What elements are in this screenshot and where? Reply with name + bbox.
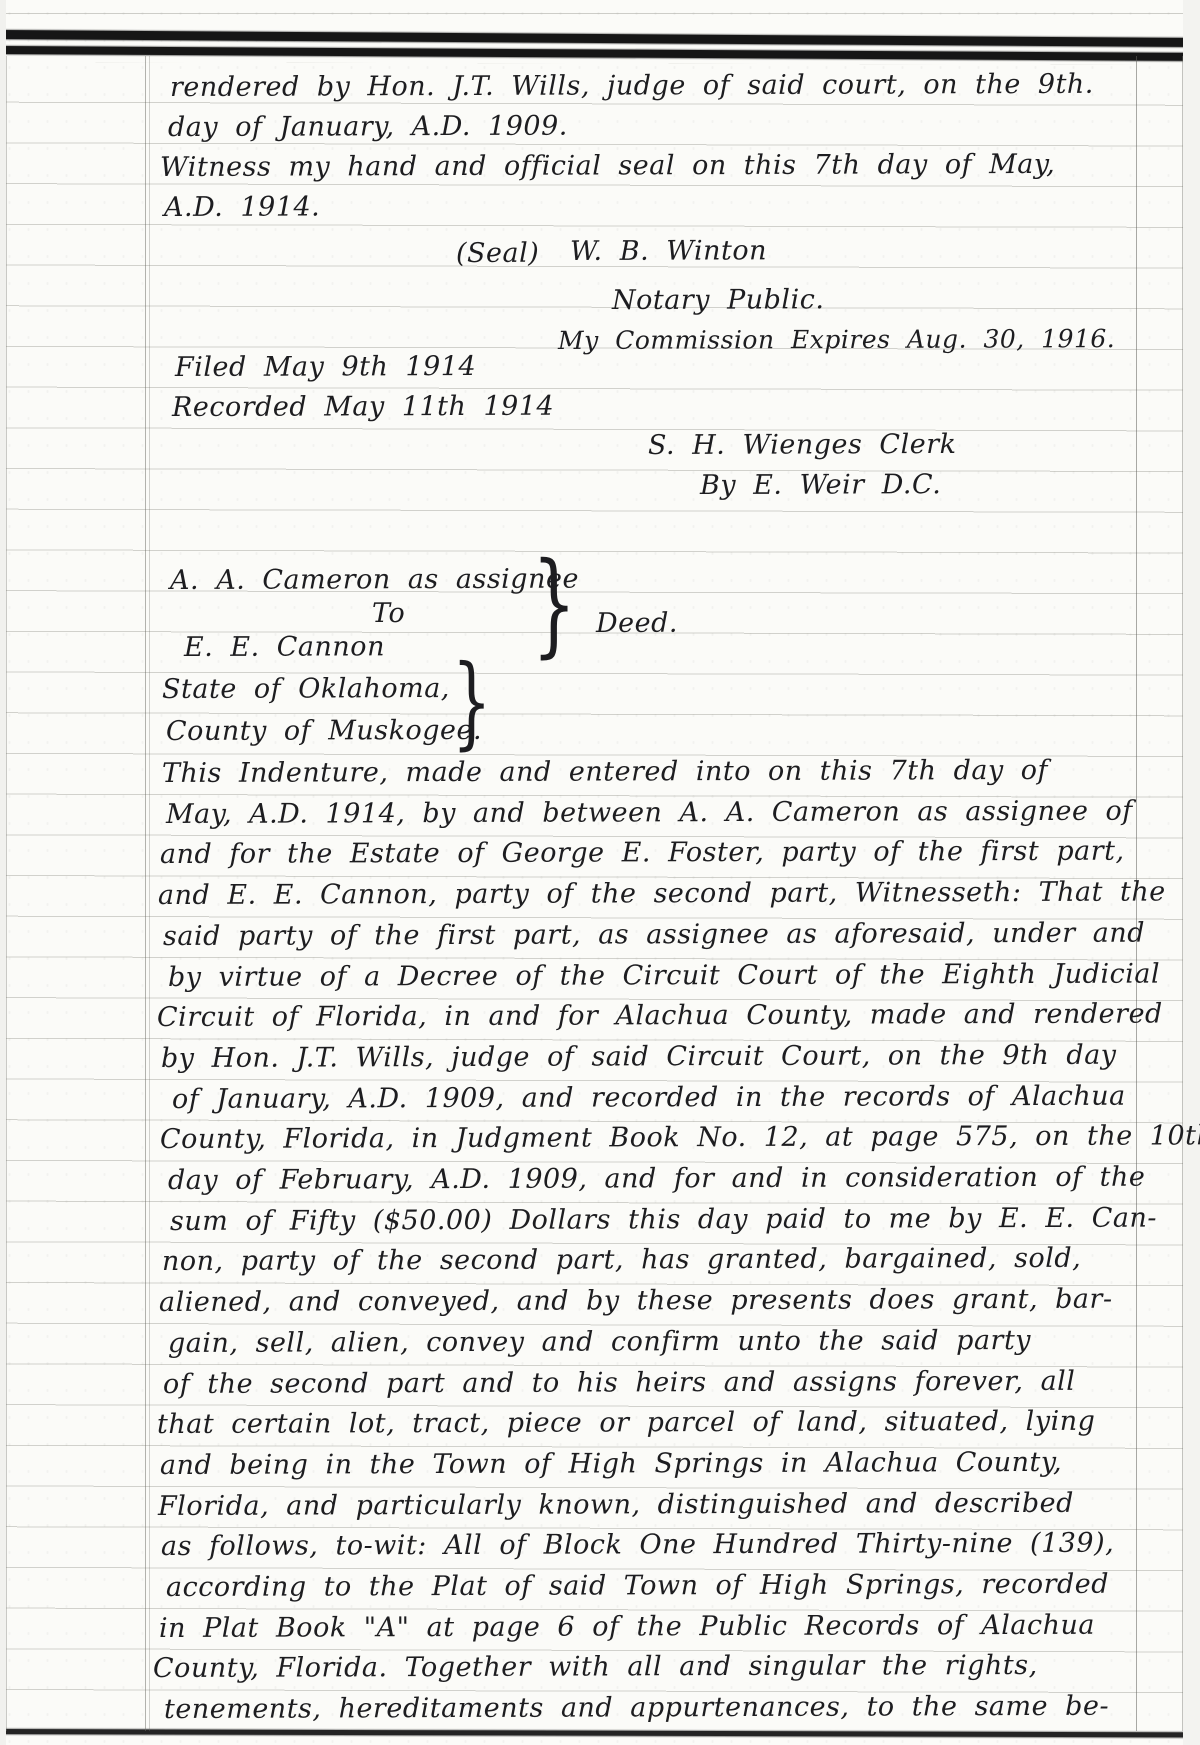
notary-line-4: A.D. 1914.	[164, 191, 320, 224]
body-line: and being in the Town of High Springs in…	[160, 1447, 1062, 1482]
body-line: by virtue of a Decree of the Circuit Cou…	[168, 959, 1160, 994]
deputy-clerk-signature: By E. Weir D.C.	[700, 469, 941, 502]
venue-state-line: State of Oklahoma,	[162, 673, 450, 706]
caption-to: To	[372, 598, 405, 630]
clerk-signature: S. H. Wienges Clerk	[648, 429, 957, 462]
body-line: gain, sell, alien, convey and confirm un…	[168, 1325, 1031, 1360]
left-margin-line-2	[149, 56, 150, 1731]
body-line: Circuit of Florida, in and for Alachua C…	[157, 998, 1163, 1034]
body-line: Florida, and particularly known, disting…	[158, 1488, 1074, 1523]
seal-label: (Seal)	[456, 238, 539, 270]
caption-grantor: A. A. Cameron as assignee	[170, 564, 579, 597]
notary-line-1: rendered by Hon. J.T. Wills, judge of sa…	[170, 69, 1094, 104]
body-line: County, Florida, in Judgment Book No. 12…	[160, 1120, 1200, 1156]
notary-signature: W. B. Winton	[570, 235, 767, 268]
body-line: that certain lot, tract, piece or parcel…	[157, 1406, 1095, 1441]
instrument-label: Deed.	[596, 608, 678, 640]
notary-line-3: Witness my hand and official seal on thi…	[160, 149, 1055, 184]
notary-line-2: day of January, A.D. 1909.	[168, 111, 568, 144]
top-hairline	[0, 13, 1200, 14]
top-edge-band-1	[0, 30, 1200, 47]
left-margin-line	[145, 56, 146, 1731]
caption-brace: }	[532, 548, 576, 660]
right-page-edge	[1183, 0, 1200, 1745]
body-line: May, A.D. 1914, by and between A. A. Cam…	[166, 796, 1133, 831]
commission-expiry-line: My Commission Expires Aug. 30, 1916.	[558, 323, 1115, 357]
body-line: non, party of the second part, has grant…	[162, 1243, 1081, 1278]
body-line: of the second part and to his heirs and …	[163, 1366, 1076, 1401]
body-line: day of February, A.D. 1909, and for and …	[168, 1162, 1145, 1197]
body-line: according to the Plat of said Town of Hi…	[166, 1569, 1109, 1604]
body-line: County, Florida. Together with all and s…	[153, 1650, 1038, 1685]
right-edge-line	[1182, 56, 1183, 1731]
body-line: in Plat Book "A" at page 6 of the Public…	[159, 1610, 1095, 1645]
top-edge-band-2	[0, 46, 1200, 61]
body-line: tenements, hereditaments and appurtenanc…	[164, 1691, 1109, 1726]
body-line: sum of Fifty ($50.00) Dollars this day p…	[170, 1203, 1157, 1238]
body-line: and for the Estate of George E. Foster, …	[160, 836, 1125, 871]
filed-line: Filed May 9th 1914	[175, 351, 476, 384]
body-line: This Indenture, made and entered into on…	[162, 755, 1048, 790]
left-edge-line	[6, 56, 7, 1731]
venue-county-line: County of Muskogee.	[166, 715, 482, 748]
body-line: said party of the first part, as assigne…	[163, 918, 1145, 953]
body-line: of January, A.D. 1909, and recorded in t…	[172, 1081, 1126, 1116]
caption-grantee: E. E. Cannon	[184, 631, 385, 664]
bottom-edge-band	[0, 1729, 1200, 1737]
recorded-line: Recorded May 11th 1914	[172, 391, 554, 424]
scanned-deed-page: rendered by Hon. J.T. Wills, judge of sa…	[0, 0, 1200, 1745]
body-line: aliened, and conveyed, and by these pres…	[159, 1284, 1113, 1319]
notary-title: Notary Public.	[612, 284, 825, 317]
body-line: by Hon. J.T. Wills, judge of said Circui…	[161, 1040, 1117, 1075]
body-line: as follows, to-wit: All of Block One Hun…	[161, 1528, 1114, 1563]
body-line: and E. E. Cannon, party of the second pa…	[158, 876, 1166, 912]
